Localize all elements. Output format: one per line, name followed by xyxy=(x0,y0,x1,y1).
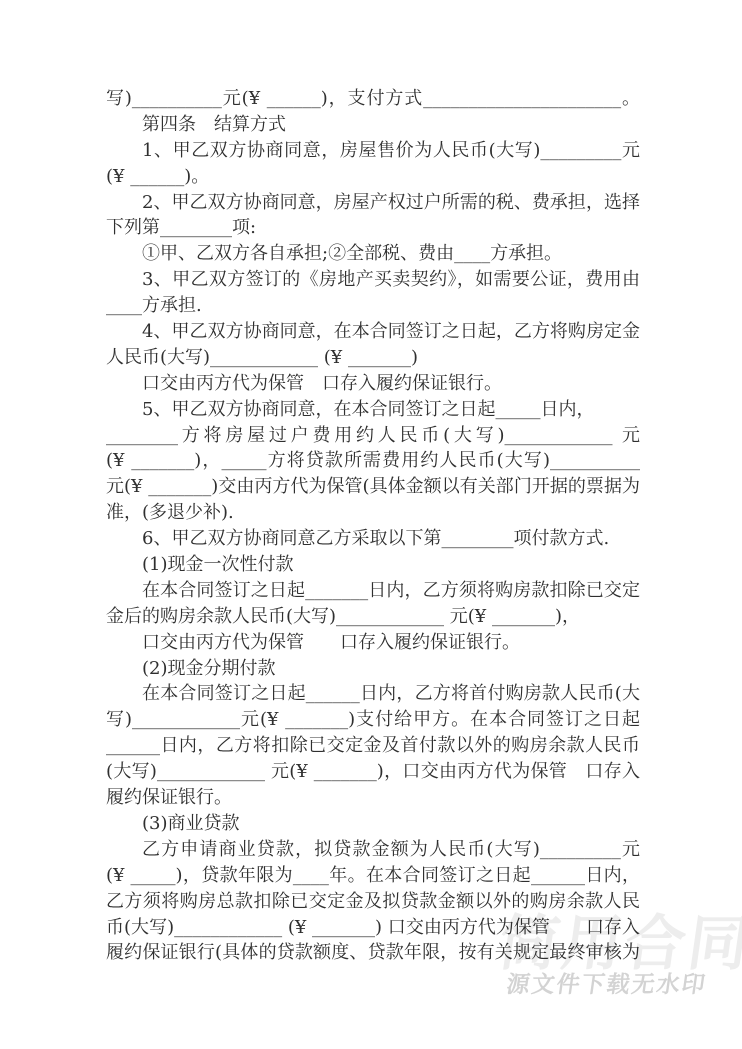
contract-line: (¥ ______)。 xyxy=(106,164,640,190)
contract-line: 5、甲乙双方协商同意，在本合同签订之日起_____日内， xyxy=(106,397,640,423)
contract-body: 写)__________元(¥ ______)，支付方式____________… xyxy=(106,86,640,966)
contract-line: ______日内，乙方将扣除已交定金及首付款以外的购房余款人民币 xyxy=(106,733,640,759)
contract-line: 写)__________元(¥ ______)，支付方式____________… xyxy=(106,86,640,112)
contract-line: (¥ _____)，贷款年限为____年。在本合同签订之日起______日内， xyxy=(106,863,640,889)
contract-line: (3)商业贷款 xyxy=(106,811,640,837)
contract-line: (大写)____________ 元(¥ _______)，口交由丙方代为保管 … xyxy=(106,759,640,785)
watermark-tagline-text: 源文件下载无水印 xyxy=(505,966,710,999)
contract-line: 4、甲乙双方协商同意，在本合同签订之日起，乙方将购房定金 xyxy=(106,319,640,345)
contract-line: 口交由丙方代为保管 口存入履约保证银行。 xyxy=(106,630,640,656)
contract-line: 口交由丙方代为保管 口存入履约保证银行。 xyxy=(106,371,640,397)
contract-line: 3、甲乙双方签订的《房地产买卖契约》，如需要公证，费用由 xyxy=(106,267,640,293)
contract-line: 准，(多退少补). xyxy=(106,500,640,526)
contract-line: 1、甲乙双方协商同意，房屋售价为人民币(大写)_________元 xyxy=(106,138,640,164)
contract-line: 币(大写)____________ (¥ _______) 口交由丙方代为保管 … xyxy=(106,915,640,941)
contract-line: 人民币(大写)____________ (¥ _______) xyxy=(106,345,640,371)
contract-line: (2)现金分期付款 xyxy=(106,656,640,682)
contract-line: 第四条 结算方式 xyxy=(106,112,640,138)
contract-line: ________方将房屋过户费用约人民币(大写)____________ 元 xyxy=(106,423,640,449)
contract-line: 履约保证银行(具体的贷款额度、贷款年限，按有关规定最终审核为 xyxy=(106,940,640,966)
contract-line: 6、甲乙双方协商同意乙方采取以下第________项付款方式. xyxy=(106,526,640,552)
contract-line: 履约保证银行。 xyxy=(106,785,640,811)
contract-line: 乙方须将购房总款扣除已交定金及拟贷款金额以外的购房余款人民 xyxy=(106,889,640,915)
contract-line: 金后的购房余款人民币(大写)____________ 元(¥ _______)， xyxy=(106,604,640,630)
contract-line: 下列第________项: xyxy=(106,215,640,241)
contract-line: 在本合同签订之日起_______日内，乙方须将购房款扣除已交定 xyxy=(106,578,640,604)
contract-line: 2、甲乙双方协商同意，房屋产权过户所需的税、费承担，选择 xyxy=(106,190,640,216)
contract-line: 元(¥ _______)交由丙方代为保管(具体金额以有关部门开据的票据为 xyxy=(106,474,640,500)
contract-line: (1)现金一次性付款 xyxy=(106,552,640,578)
contract-line: ____方承担. xyxy=(106,293,640,319)
contract-line: 在本合同签订之日起______日内，乙方将首付购房款人民币(大 xyxy=(106,681,640,707)
contract-page: 简用合同 源文件下载无水印 写)__________元(¥ ______)，支付… xyxy=(0,0,742,1049)
contract-line: 写)____________元(¥ _______)支付给甲方。在本合同签订之日… xyxy=(106,707,640,733)
contract-line: (¥ _______)，_____方将贷款所需费用约人民币(大写)_______… xyxy=(106,448,640,474)
contract-line: ①甲、乙双方各自承担;②全部税、费由____方承担。 xyxy=(106,241,640,267)
contract-line: 乙方申请商业贷款，拟贷款金额为人民币(大写)_________元 xyxy=(106,837,640,863)
